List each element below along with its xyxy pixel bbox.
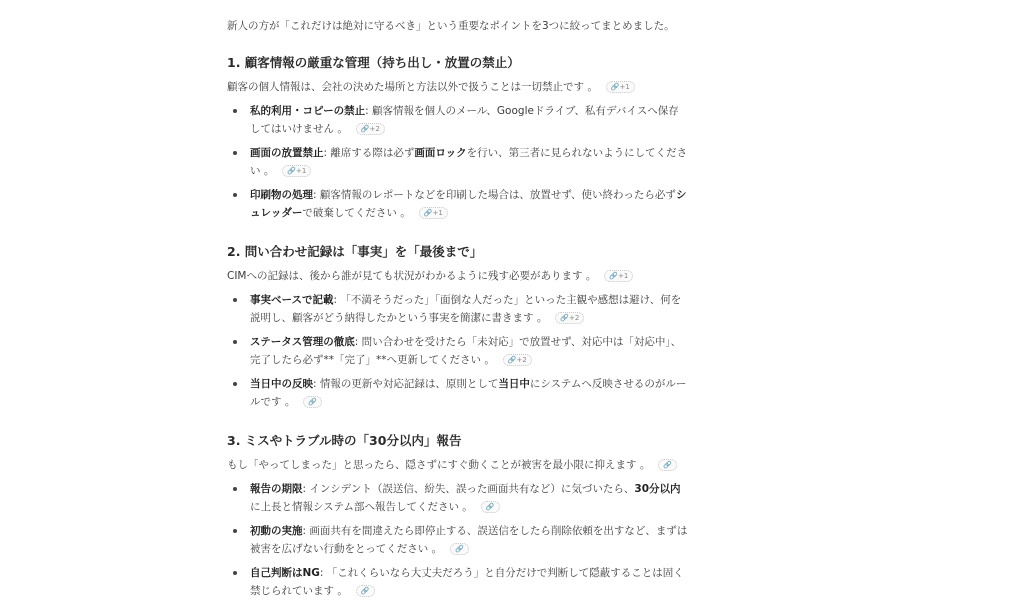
- section-2-heading: 2. 問い合わせ記録は「事実」を「最後まで」: [227, 243, 482, 261]
- list-item: 私的利用・コピーの禁止: 顧客情報を個人のメール、Googleドライブ、私有デバ…: [227, 102, 689, 138]
- list-item: 報告の期限: インシデント（誤送信、紛失、誤った画面共有など）に気づいたら、30…: [227, 480, 689, 516]
- section-3-list: 報告の期限: インシデント（誤送信、紛失、誤った画面共有など）に気づいたら、30…: [227, 480, 689, 606]
- lead-text: CIMへの記録は、後から誰が見ても状況がわかるように残す必要があります 。: [227, 270, 596, 282]
- list-item: 事実ベースで記載: 「不満そうだった」「面倒な人だった」といった主観や感想は避け…: [227, 291, 689, 327]
- item-bold-label: 印刷物の処理: [250, 189, 313, 201]
- section-3-lead: もし「やってしまった」と思ったら、隠さずにすぐ動くことが被害を最小限に抑えます …: [227, 456, 677, 474]
- item-text: : 離席する際は必ず: [324, 147, 415, 159]
- section-1-lead: 顧客の個人情報は、会社の決めた場所と方法以外で扱うことは一切禁止です 。🔗+1: [227, 78, 635, 96]
- bullet-icon: [233, 529, 237, 533]
- item-text: : インシデント（誤送信、紛失、誤った画面共有など）に気づいたら、: [303, 483, 635, 495]
- item-text: : 顧客情報のレポートなどを印刷した場合は、放置せず、使い終わったら必ず: [313, 189, 676, 201]
- citation-chip[interactable]: 🔗: [481, 501, 500, 513]
- item-bold-label: 報告の期限: [250, 483, 303, 495]
- intro-text: 新人の方が「これだけは絶対に守るべき」という重要なポイントを3つに絞ってまとめま…: [227, 17, 675, 35]
- lead-text: 顧客の個人情報は、会社の決めた場所と方法以外で扱うことは一切禁止です 。: [227, 81, 598, 93]
- item-bold-label: 当日中の反映: [250, 378, 313, 390]
- item-text: に上長と情報システム部へ報告してください 。: [250, 501, 473, 513]
- list-item: 初動の実施: 画面共有を間違えたら即停止する、誤送信をしたら削除依頼を出すなど、…: [227, 522, 689, 558]
- item-bold-label: 事実ベースで記載: [250, 294, 333, 306]
- list-item: 画面の放置禁止: 離席する際は必ず画面ロックを行い、第三者に見られないようにして…: [227, 144, 689, 180]
- item-text: で破棄してください 。: [302, 207, 410, 219]
- citation-chip[interactable]: 🔗: [303, 396, 322, 408]
- item-bold-label: 私的利用・コピーの禁止: [250, 105, 365, 117]
- item-bold-inline: 当日中: [498, 378, 530, 390]
- item-bold-label: 自己判断はNG: [250, 567, 320, 579]
- citation-chip[interactable]: 🔗+1: [606, 81, 635, 93]
- citation-chip[interactable]: 🔗+2: [356, 123, 385, 135]
- section-2-lead: CIMへの記録は、後から誰が見ても状況がわかるように残す必要があります 。🔗+1: [227, 267, 633, 285]
- citation-chip[interactable]: 🔗+2: [555, 312, 584, 324]
- bullet-icon: [233, 193, 237, 197]
- section-3-heading: 3. ミスやトラブル時の「30分以内」報告: [227, 432, 461, 450]
- lead-text: もし「やってしまった」と思ったら、隠さずにすぐ動くことが被害を最小限に抑えます …: [227, 459, 650, 471]
- citation-chip[interactable]: 🔗: [450, 543, 469, 555]
- list-item: 自己判断はNG: 「これくらいなら大丈夫だろう」と自分だけで判断して隠蔽すること…: [227, 564, 689, 600]
- item-bold-inline: 30分以内: [634, 483, 680, 495]
- bullet-icon: [233, 571, 237, 575]
- item-text: : 情報の更新や対応記録は、原則として: [313, 378, 498, 390]
- citation-chip[interactable]: 🔗+1: [604, 270, 633, 282]
- citation-chip[interactable]: 🔗+2: [503, 354, 532, 366]
- citation-chip[interactable]: 🔗+1: [419, 207, 448, 219]
- section-1-heading: 1. 顧客情報の厳重な管理（持ち出し・放置の禁止）: [227, 54, 520, 72]
- item-bold-inline: 画面ロック: [414, 147, 466, 159]
- item-bold-label: ステータス管理の徹底: [250, 336, 355, 348]
- list-item: 当日中の反映: 情報の更新や対応記録は、原則として当日中にシステムへ反映させるの…: [227, 375, 689, 411]
- section-2-list: 事実ベースで記載: 「不満そうだった」「面倒な人だった」といった主観や感想は避け…: [227, 291, 689, 417]
- bullet-icon: [233, 298, 237, 302]
- item-bold-label: 初動の実施: [250, 525, 303, 537]
- bullet-icon: [233, 109, 237, 113]
- list-item: 印刷物の処理: 顧客情報のレポートなどを印刷した場合は、放置せず、使い終わったら…: [227, 186, 689, 222]
- citation-chip[interactable]: 🔗+1: [282, 165, 311, 177]
- bullet-icon: [233, 151, 237, 155]
- bullet-icon: [233, 382, 237, 386]
- bullet-icon: [233, 487, 237, 491]
- item-bold-label: 画面の放置禁止: [250, 147, 324, 159]
- bullet-icon: [233, 340, 237, 344]
- list-item: ステータス管理の徹底: 問い合わせを受けたら「未対応」で放置せず、対応中は「対応…: [227, 333, 689, 369]
- citation-chip[interactable]: 🔗: [658, 459, 677, 471]
- citation-chip[interactable]: 🔗: [356, 585, 375, 597]
- section-1-list: 私的利用・コピーの禁止: 顧客情報を個人のメール、Googleドライブ、私有デバ…: [227, 102, 689, 228]
